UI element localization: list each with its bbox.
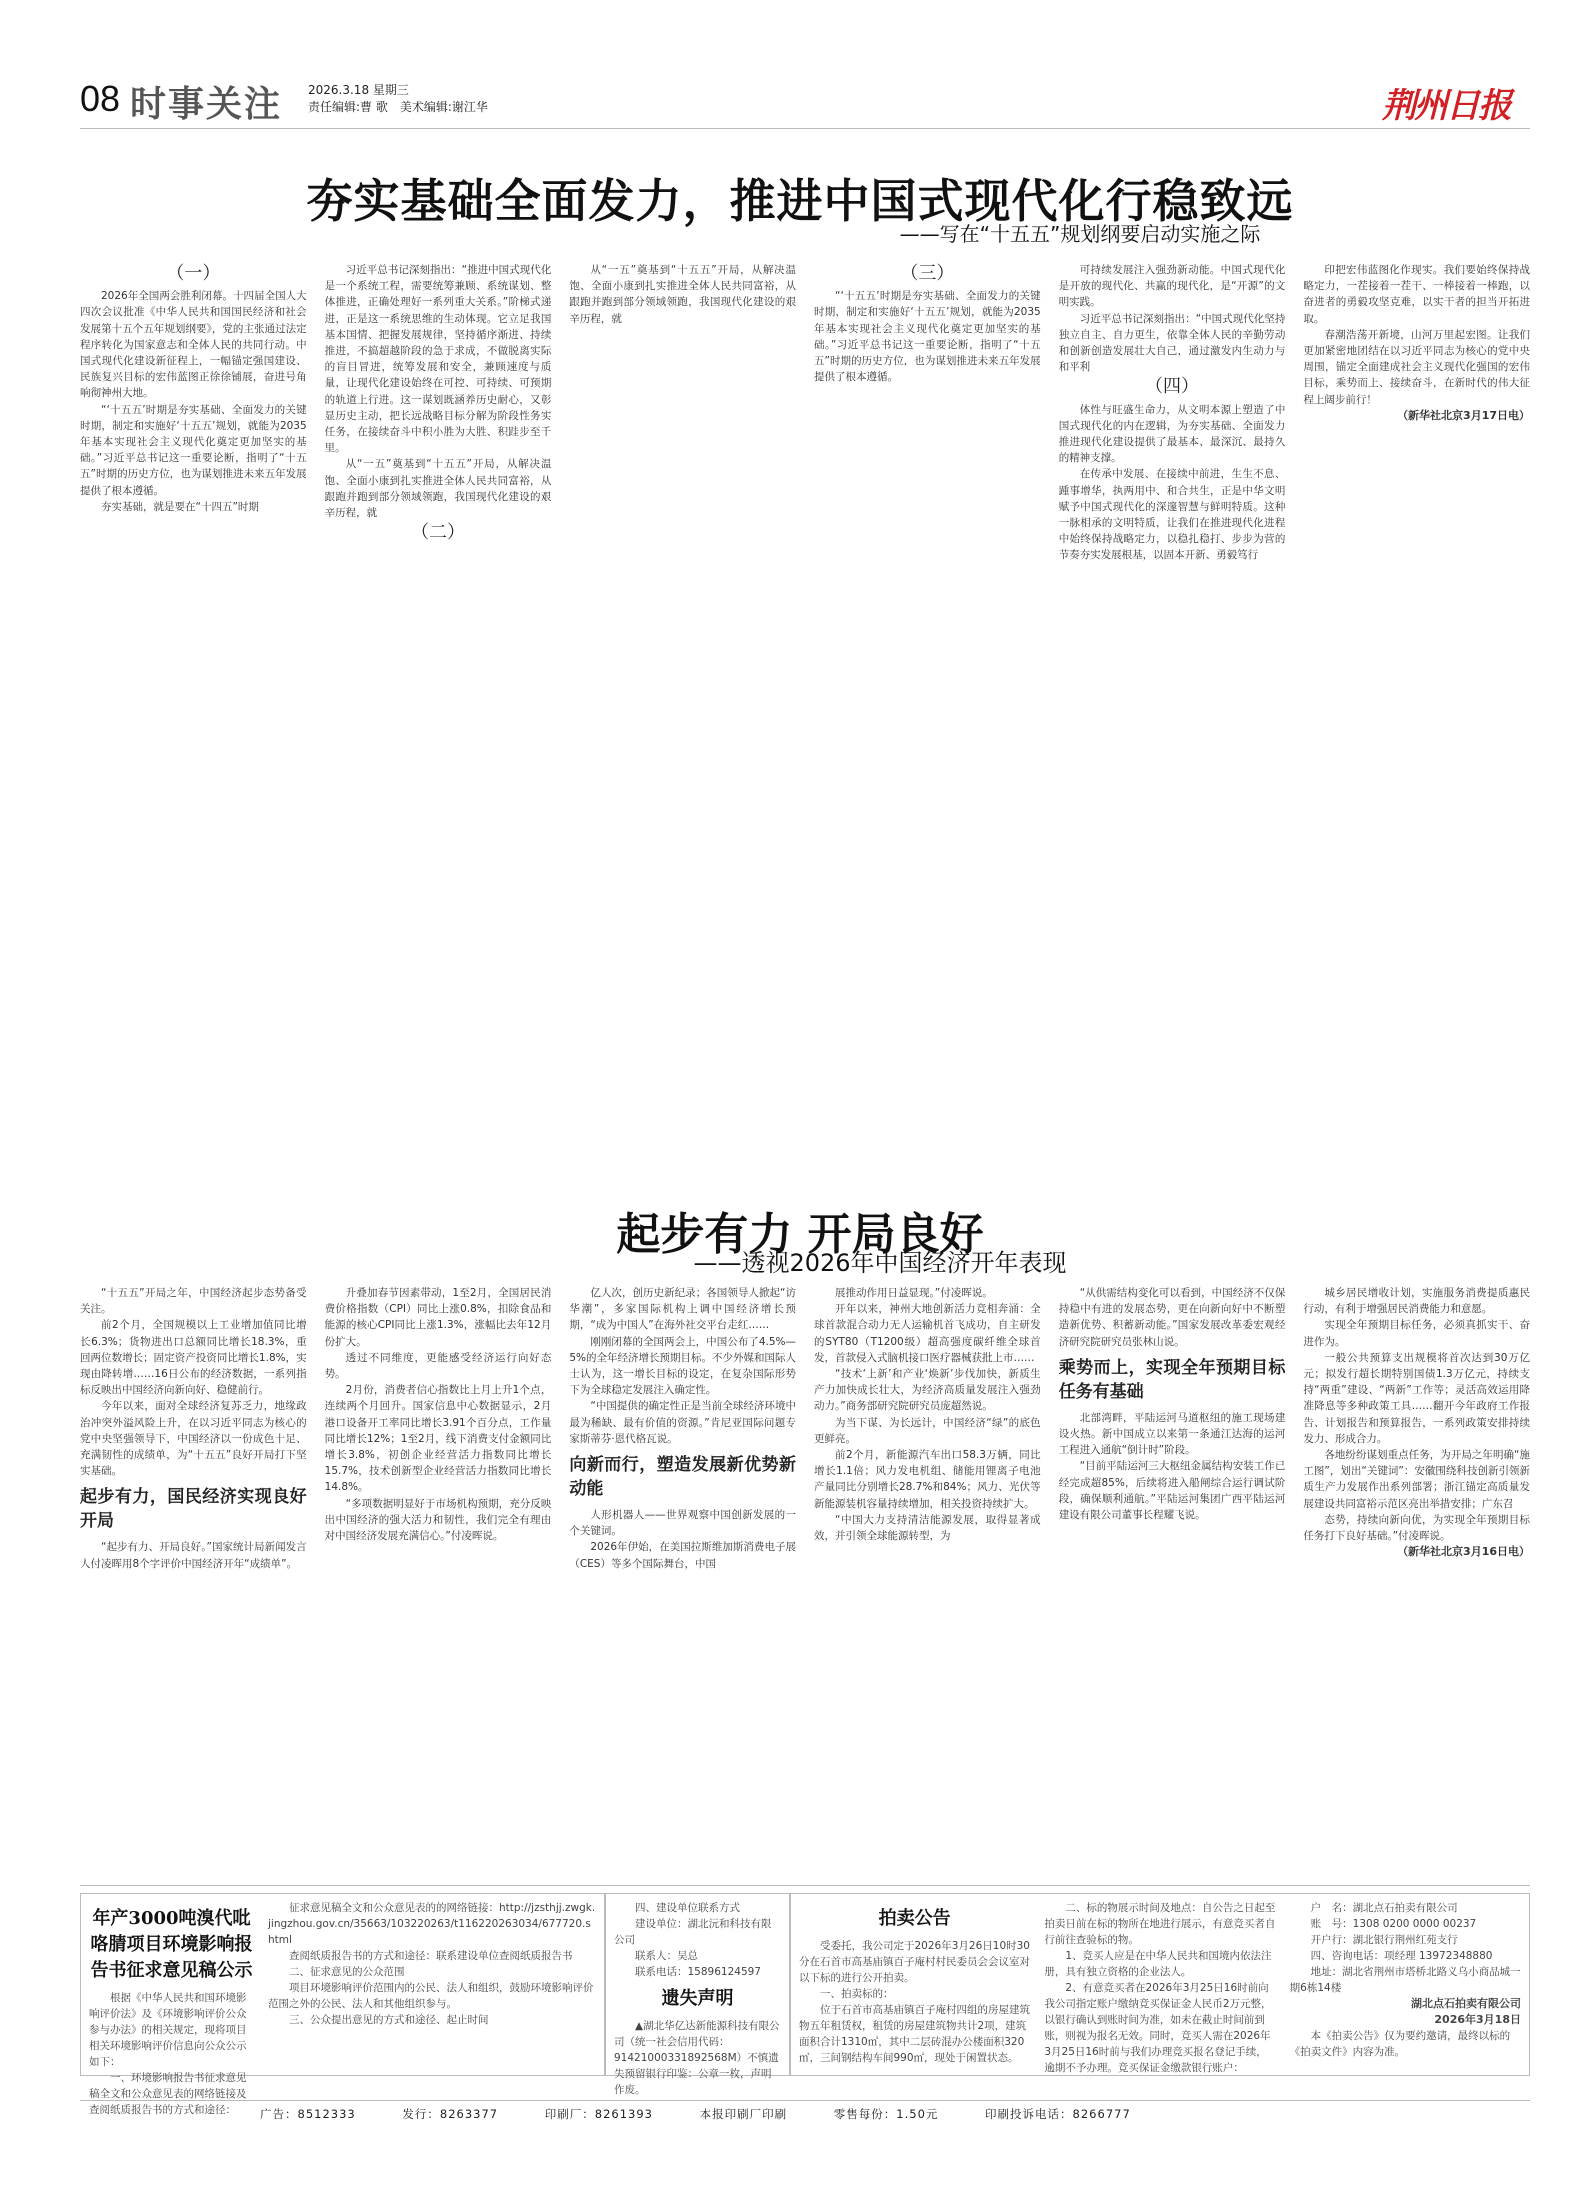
notices-divider — [80, 1885, 1530, 1886]
paragraph: 升叠加春节因素带动，1至2月，全国居民消费价格指数（CPI）同比上涨0.8%，扣… — [325, 1285, 552, 1350]
paragraph: 城乡居民增收计划，实施服务消费提质惠民行动，有利于增强居民消费能力和意愿。 — [1303, 1285, 1530, 1317]
paragraph: “目前平陆运河三大枢纽金属结构安装工作已经完成超85%，后续将进入船闸综合运行调… — [1059, 1458, 1286, 1523]
article1-body: （一） 2026年全国两会胜利闭幕。十四届全国人大四次会议批准《中华人民共和国国… — [80, 262, 1530, 1192]
editor-credits: 责任编辑:曹 歌 美术编辑:谢江华 — [308, 99, 488, 116]
retail-price: 零售每份：1.50元 — [834, 2107, 939, 2121]
paragraph: 开年以来，神州大地创新活力竞相奔涌：全球首款混合动力无人运输机首飞成功，自主研发… — [814, 1301, 1041, 1366]
paragraph: 一、环境影响报告书征求意见稿全文和公众意见表的网络链接及查阅纸质报告书的方式和途… — [89, 2070, 254, 2118]
paragraph: 春潮浩荡开新境，山河万里起宏图。让我们更加紧密地团结在以习近平同志为核心的党中央… — [1303, 327, 1530, 408]
issue-date: 2026.3.18 星期三 — [308, 82, 488, 99]
paragraph: 人形机器人——世界观察中国创新发展的一个关键词。 — [569, 1507, 796, 1539]
paragraph: 联系人：吴总 — [614, 1948, 781, 1964]
paragraph: 三、公众提出意见的方式和途径、起止时间 — [268, 2012, 596, 2028]
subheading: 起步有力，国民经济实现良好开局 — [80, 1485, 307, 1533]
distribution-phone: 发行：8263377 — [402, 2107, 498, 2121]
paragraph: 前2个月，新能源汽车出口58.3万辆，同比增长1.1倍；风力发电机组、储能用锂离… — [814, 1447, 1041, 1512]
article2-column: 展推动作用日益显现。”付凌晖说。 开年以来，神州大地创新活力竞相奔涌：全球首款混… — [814, 1285, 1041, 1865]
article2-column: “十五五”开局之年，中国经济起步态势备受关注。 前2个月，全国规模以上工业增加值… — [80, 1285, 307, 1865]
paragraph: 一般公共预算支出规模将首次达到30万亿元；拟发行超长期特别国债1.3万亿元，持续… — [1303, 1350, 1530, 1447]
env-notice: 年产3000吨溴代吡咯腈项目环境影响报告书征求意见稿公示 根据《中华人民共和国环… — [80, 1893, 605, 2076]
bank-branch: 开户行：湖北银行荆州红苑支行 — [1290, 1932, 1521, 1948]
section-marker: （三） — [814, 266, 1041, 282]
paragraph: “中国大力支持清洁能源发展，取得显著成效，并引领全球能源转型，为 — [814, 1512, 1041, 1544]
printed-by: 本报印刷厂印刷 — [700, 2107, 788, 2121]
paragraph: “起步有力、开局良好。”国家统计局新闻发言人付凌晖用8个字评价中国经济开年“成绩… — [80, 1539, 307, 1571]
page-number: 08 — [80, 78, 120, 120]
paragraph: 建设单位：湖北沅和科技有限公司 — [614, 1916, 781, 1948]
footer-divider — [80, 2100, 1530, 2101]
paragraph: 查阅纸质报告书的方式和途径：联系建设单位查阅纸质报告书 — [268, 1948, 596, 1964]
address: 地址：湖北省荆州市塔桥北路义乌小商品城一期6栋14楼 — [1290, 1964, 1521, 1996]
masthead: 08 时事关注 2026.3.18 星期三 责任编辑:曹 歌 美术编辑:谢江华 … — [80, 72, 1530, 122]
paragraph: 印把宏伟蓝图化作现实。我们要始终保持战略定力，一茬接着一茬干、一棒接着一棒跑，以… — [1303, 262, 1530, 327]
paragraph: 项目环境影响评价范围内的公民、法人和组织，鼓励环境影响评价范围之外的公民、法人和… — [268, 1980, 596, 2012]
subheading: 向新而行，塑造发展新优势新动能 — [569, 1453, 796, 1501]
paragraph: 一、拍卖标的： — [799, 1986, 1030, 2002]
article2-body: “十五五”开局之年，中国经济起步态势备受关注。 前2个月，全国规模以上工业增加值… — [80, 1285, 1530, 1865]
auction-disclaimer: 本《拍卖公告》仅为要约邀请，最终以标的《拍卖文件》内容为准。 — [1290, 2028, 1521, 2060]
paragraph: “从供需结构变化可以看到，中国经济不仅保持稳中有进的发展态势，更在向新向好中不断… — [1059, 1285, 1286, 1350]
contact-phone: 四、咨询电话：项经理 13972348880 — [1290, 1948, 1521, 1964]
article2-subtitle: ——透视2026年中国经济开年表现 — [150, 1243, 1530, 1278]
article2-column: 亿人次，创历史新纪录；各国领导人掀起“访华潮”，多家国际机构上调中国经济增长预期… — [569, 1285, 796, 1865]
article1-column: 从“一五”奠基到“十五五”开局，从解决温饱、全面小康到扎实推进全体人民共同富裕，… — [569, 262, 796, 1192]
paragraph: 根据《中华人民共和国环境影响评价法》及《环境影响评价公众参与办法》的相关规定，现… — [89, 1990, 254, 2070]
bank-account-number: 账 号：1308 0200 0000 00237 — [1290, 1916, 1521, 1932]
article1-column: 可持续发展注入强劲新动能。中国式现代化是开放的现代化、共赢的现代化，是“开源”的… — [1059, 262, 1286, 1192]
paragraph: 联系电话：15896124597 — [614, 1964, 781, 1980]
paragraph: 二、标的物展示时间及地点：自公告之日起至拍卖日前在标的物所在地进行展示，有意竞买… — [1044, 1900, 1275, 1948]
article1-column: （三） “‘十五五’时期是夯实基础、全面发力的关键时期，制定和实施好‘十五五’规… — [814, 262, 1041, 1192]
section-marker: （一） — [80, 266, 307, 282]
paragraph: 态势，持续向新向优，为实现全年预期目标任务打下良好基础。”付凌晖说。 — [1303, 1512, 1530, 1544]
complaint-phone: 印刷投诉电话：8266777 — [985, 2107, 1131, 2121]
article2-source: （新华社北京3月16日电） — [1303, 1544, 1530, 1560]
paragraph: “‘十五五’时期是夯实基础、全面发力的关键时期，制定和实施好‘十五五’规划，就能… — [814, 288, 1041, 385]
article1-column: （一） 2026年全国两会胜利闭幕。十四届全国人大四次会议批准《中华人民共和国国… — [80, 262, 307, 1192]
paragraph: 从“一五”奠基到“十五五”开局，从解决温饱、全面小康到扎实推进全体人民共同富裕，… — [325, 456, 552, 521]
paragraph: 各地纷纷谋划重点任务，为开局之年明确“施工图”，划出“关键词”：安徽围绕科技创新… — [1303, 1447, 1530, 1512]
paragraph: 体性与旺盛生命力，从文明本源上塑造了中国式现代化的内在逻辑，为夯实基础、全面发力… — [1059, 402, 1286, 467]
paragraph: 2026年全国两会胜利闭幕。十四届全国人大四次会议批准《中华人民共和国国民经济和… — [80, 288, 307, 401]
paragraph: 刚刚闭幕的全国两会上，中国公布了4.5%—5%的全年经济增长预期目标。不少外媒和… — [569, 1334, 796, 1399]
article1-column: 习近平总书记深刻指出：“推进中国式现代化是一个系统工程，需要统筹兼顾、系统谋划、… — [325, 262, 552, 1192]
loss-notice-title: 遗失声明 — [614, 1986, 781, 2012]
article1-column: 印把宏伟蓝图化作现实。我们要始终保持战略定力，一茬接着一茬干、一棒接着一棒跑，以… — [1303, 262, 1530, 1192]
paragraph: 受委托，我公司定于2026年3月26日10时30分在石首市高基庙镇百子庵村村民委… — [799, 1938, 1030, 1986]
paragraph: 征求意见稿全文和公众意见表的的网络链接：http://jzsthjj.zwgk.… — [268, 1900, 596, 1948]
auction-notice-title: 拍卖公告 — [799, 1906, 1030, 1932]
paragraph: “中国提供的确定性正是当前全球经济环境中最为稀缺、最有价值的资源。”肯尼亚国际问… — [569, 1398, 796, 1447]
bank-account-name: 户 名：湖北点石拍卖有限公司 — [1290, 1900, 1521, 1916]
paragraph: 1、竞买人应是在中华人民共和国境内依法注册，具有独立资格的企业法人。 — [1044, 1948, 1275, 1980]
article2-column: 升叠加春节因素带动，1至2月，全国居民消费价格指数（CPI）同比上涨0.8%，扣… — [325, 1285, 552, 1865]
auction-signature: 湖北点石拍卖有限公司 — [1290, 1996, 1521, 2012]
paragraph: 北部湾畔，平陆运河马道枢纽的施工现场建设火热。新中国成立以来第一条通江达海的运河… — [1059, 1410, 1286, 1459]
paragraph: 二、征求意见的公众范围 — [268, 1964, 596, 1980]
subheading: 乘势而上，实现全年预期目标任务有基础 — [1059, 1356, 1286, 1404]
paragraph: 实现全年预期目标任务，必须真抓实干、奋进作为。 — [1303, 1317, 1530, 1349]
loss-notice-text: ▲湖北华亿达新能源科技有限公司（统一社会信用代码：914210003318925… — [614, 2018, 781, 2098]
section-title: 时事关注 — [130, 76, 282, 127]
newspaper-logo: 荆州日报 — [1382, 78, 1510, 127]
article2-column: “从供需结构变化可以看到，中国经济不仅保持稳中有进的发展态势，更在向新向好中不断… — [1059, 1285, 1286, 1865]
printer-phone: 印刷厂：8261393 — [545, 2107, 653, 2121]
paragraph: “‘十五五’时期是夯实基础、全面发力的关键时期，制定和实施好‘十五五’规划，就能… — [80, 402, 307, 499]
env-notice-title: 年产3000吨溴代吡咯腈项目环境影响报告书征求意见稿公示 — [89, 1906, 254, 1984]
paragraph: 在传承中发展、在接续中前进，生生不息、踵事增华，执两用中、和合共生，正是中华文明… — [1059, 466, 1286, 563]
paragraph: 展推动作用日益显现。”付凌晖说。 — [814, 1285, 1041, 1301]
dateline: 2026.3.18 星期三 责任编辑:曹 歌 美术编辑:谢江华 — [308, 82, 488, 116]
paragraph: 可持续发展注入强劲新动能。中国式现代化是开放的现代化、共赢的现代化，是“开源”的… — [1059, 262, 1286, 311]
paragraph: 习近平总书记深刻指出：“推进中国式现代化是一个系统工程，需要统筹兼顾、系统谋划、… — [325, 262, 552, 456]
paragraph: 前2个月，全国规模以上工业增加值同比增长6.3%；货物进出口总额同比增长18.3… — [80, 1317, 307, 1398]
ad-phone: 广告：8512333 — [260, 2107, 356, 2121]
auction-notice: 拍卖公告 受委托，我公司定于2026年3月26日10时30分在石首市高基庙镇百子… — [790, 1893, 1530, 2076]
paragraph: “技术‘上新’和产业‘焕新’步伐加快，新质生产力加快成长壮大，为经济高质量发展注… — [814, 1366, 1041, 1415]
paragraph: 四、建设单位联系方式 — [614, 1900, 781, 1916]
paragraph: 夯实基础，就是要在“十四五”时期 — [80, 499, 307, 515]
paragraph: 亿人次，创历史新纪录；各国领导人掀起“访华潮”，多家国际机构上调中国经济增长预期… — [569, 1285, 796, 1334]
article1-source: （新华社北京3月17日电） — [1303, 408, 1530, 424]
paragraph: “十五五”开局之年，中国经济起步态势备受关注。 — [80, 1285, 307, 1317]
section-marker: （二） — [325, 525, 552, 541]
paragraph: 从“一五”奠基到“十五五”开局，从解决温饱、全面小康到扎实推进全体人民共同富裕，… — [569, 262, 796, 327]
paragraph: 为当下谋、为长远计，中国经济“绿”的底色更鲜亮。 — [814, 1415, 1041, 1447]
paragraph: “多项数据明显好于市场机构预期，充分反映出中国经济的强大活力和韧性，我们完全有理… — [325, 1496, 552, 1545]
section-marker: （四） — [1059, 379, 1286, 395]
paragraph: 2月份，消费者信心指数比上月上升1个点，连续两个月回升。国家信息中心数据显示，2… — [325, 1382, 552, 1495]
paragraph: 习近平总书记深刻指出：“中国式现代化坚持独立自主、自力更生，依靠全体人民的辛勤劳… — [1059, 311, 1286, 376]
paragraph: 2、有意竞买者在2026年3月25日16时前向我公司指定账户缴纳竞买保证金人民币… — [1044, 1980, 1275, 2076]
env-notice-continued: 四、建设单位联系方式 建设单位：湖北沅和科技有限公司 联系人：吴总 联系电话：1… — [605, 1893, 790, 2076]
paragraph: 2026年伊始，在美国拉斯维加斯消费电子展（CES）等多个国际舞台，中国 — [569, 1539, 796, 1571]
masthead-divider — [80, 128, 1530, 129]
article1-subtitle: ——写在“十五五”规划纲要启动实施之际 — [150, 218, 1583, 247]
paragraph: 今年以来，面对全球经济复苏乏力，地缘政治冲突外溢风险上升，在以习近平同志为核心的… — [80, 1398, 307, 1479]
paragraph: 透过不同维度，更能感受经济运行向好态势。 — [325, 1350, 552, 1382]
article2-column: 城乡居民增收计划，实施服务消费提质惠民行动，有利于增强居民消费能力和意愿。 实现… — [1303, 1285, 1530, 1865]
paragraph: 位于石首市高基庙镇百子庵村四组的房屋建筑物五年租赁权，租赁的房屋建筑物共计2项，… — [799, 2002, 1030, 2066]
auction-signature-date: 2026年3月18日 — [1290, 2012, 1521, 2028]
footer: 广告：8512333 发行：8263377 印刷厂：8261393 本报印刷厂印… — [260, 2106, 1159, 2122]
